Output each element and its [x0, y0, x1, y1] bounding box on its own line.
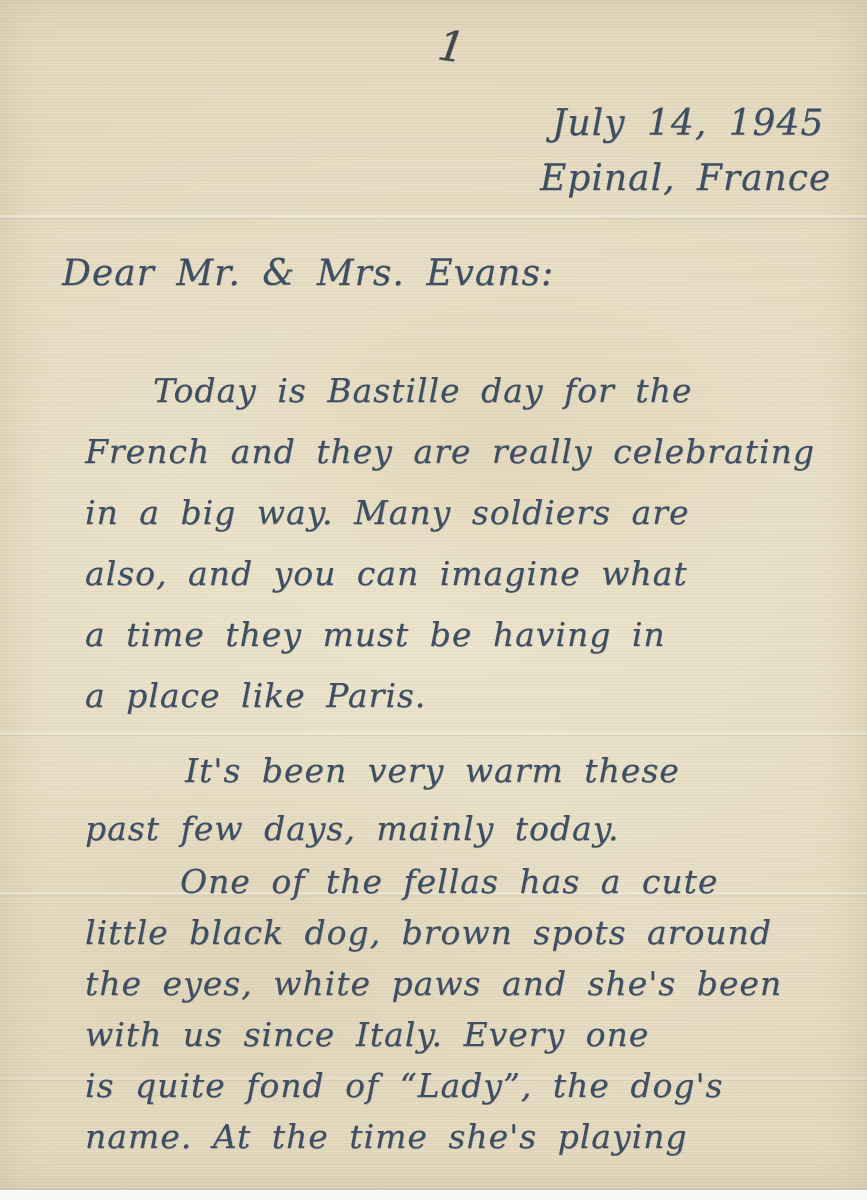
letter-line: also, and you can imagine what	[85, 543, 815, 604]
paragraph-warm-weather: It's been very warm these past few days,…	[85, 742, 680, 858]
scanned-letter: 1 July 14, 1945 Epinal, France Dear Mr. …	[0, 0, 867, 1200]
salutation: Dear Mr. & Mrs. Evans:	[62, 253, 554, 294]
fold-crease	[0, 214, 867, 220]
letter-line: a time they must be having in	[85, 604, 815, 665]
letter-line: French and they are really celebrating	[85, 421, 815, 482]
paragraph-dog-lady: One of the fellas has a cute little blac…	[85, 856, 782, 1162]
letter-location: Epinal, France	[540, 158, 831, 199]
letter-line: in a big way. Many soldiers are	[85, 482, 815, 543]
letter-line: name. At the time she's playing	[85, 1111, 782, 1162]
scan-edge	[0, 1189, 867, 1200]
letter-line: little black dog, brown spots around	[85, 907, 782, 958]
letter-line: with us since Italy. Every one	[85, 1009, 782, 1060]
letter-page: 1 July 14, 1945 Epinal, France Dear Mr. …	[0, 0, 867, 1189]
letter-line: past few days, mainly today.	[85, 800, 680, 858]
letter-line: is quite fond of “Lady”, the dog's	[85, 1060, 782, 1111]
letter-date: July 14, 1945	[552, 103, 824, 144]
letter-line: One of the fellas has a cute	[85, 856, 782, 907]
letter-line: the eyes, white paws and she's been	[85, 958, 782, 1009]
fold-crease	[0, 731, 867, 737]
letter-line: It's been very warm these	[85, 742, 680, 800]
page-number: 1	[435, 20, 469, 72]
letter-line: Today is Bastille day for the	[85, 360, 815, 421]
paragraph-bastille-day: Today is Bastille day for the French and…	[85, 360, 815, 726]
letter-line: a place like Paris.	[85, 665, 815, 726]
